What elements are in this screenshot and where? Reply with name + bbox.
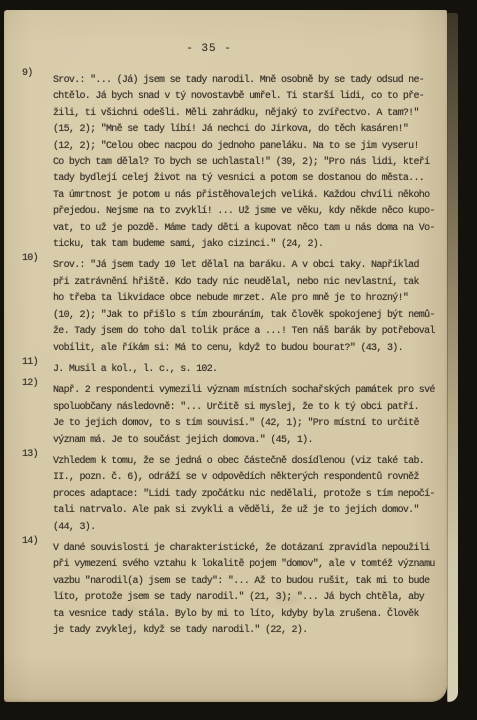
- footnote-item-12: 12) Např. 2 respondenti vymezili význam …: [53, 383, 446, 449]
- footnote-text: J. Musil a kol., l. c., s. 102.: [53, 362, 446, 378]
- footnote-marker: 14): [22, 536, 50, 547]
- footnote-text: Vzhledem k tomu, že se jedná o obec část…: [53, 454, 446, 536]
- footnote-item-13: 13) Vzhledem k tomu, že se jedná o obec …: [53, 454, 446, 536]
- footnote-item-10: 10) Srov.: "Já jsem tady 10 let dělal na…: [53, 258, 446, 356]
- footnote-marker: 10): [22, 253, 50, 264]
- document-page: - 35 - 9) Srov.: "... (Já) jsem se tady …: [4, 10, 447, 702]
- footnote-item-11: 11) J. Musil a kol., l. c., s. 102.: [53, 362, 446, 378]
- footnotes-block: 9) Srov.: "... (Já) jsem se tady narodil…: [53, 73, 446, 644]
- footnote-marker: 12): [22, 378, 50, 389]
- book-fore-edge: [447, 13, 458, 702]
- footnote-text: V dané souvislosti je charakteristické, …: [53, 541, 446, 639]
- footnote-marker: 11): [22, 357, 50, 368]
- footnote-text: Srov.: "... (Já) jsem se tady narodil. M…: [53, 73, 446, 253]
- footnote-marker: 9): [22, 68, 50, 79]
- footnote-text: Např. 2 respondenti vymezili význam míst…: [53, 383, 446, 449]
- footnote-text: Srov.: "Já jsem tady 10 let dělal na bar…: [53, 258, 446, 356]
- scanned-book-page: - 35 - 9) Srov.: "... (Já) jsem se tady …: [4, 10, 458, 702]
- footnote-marker: 13): [22, 449, 50, 460]
- footnote-item-9: 9) Srov.: "... (Já) jsem se tady narodil…: [53, 73, 446, 253]
- footnote-item-14: 14) V dané souvislosti je charakteristic…: [53, 541, 446, 639]
- page-number: - 35 -: [154, 43, 264, 55]
